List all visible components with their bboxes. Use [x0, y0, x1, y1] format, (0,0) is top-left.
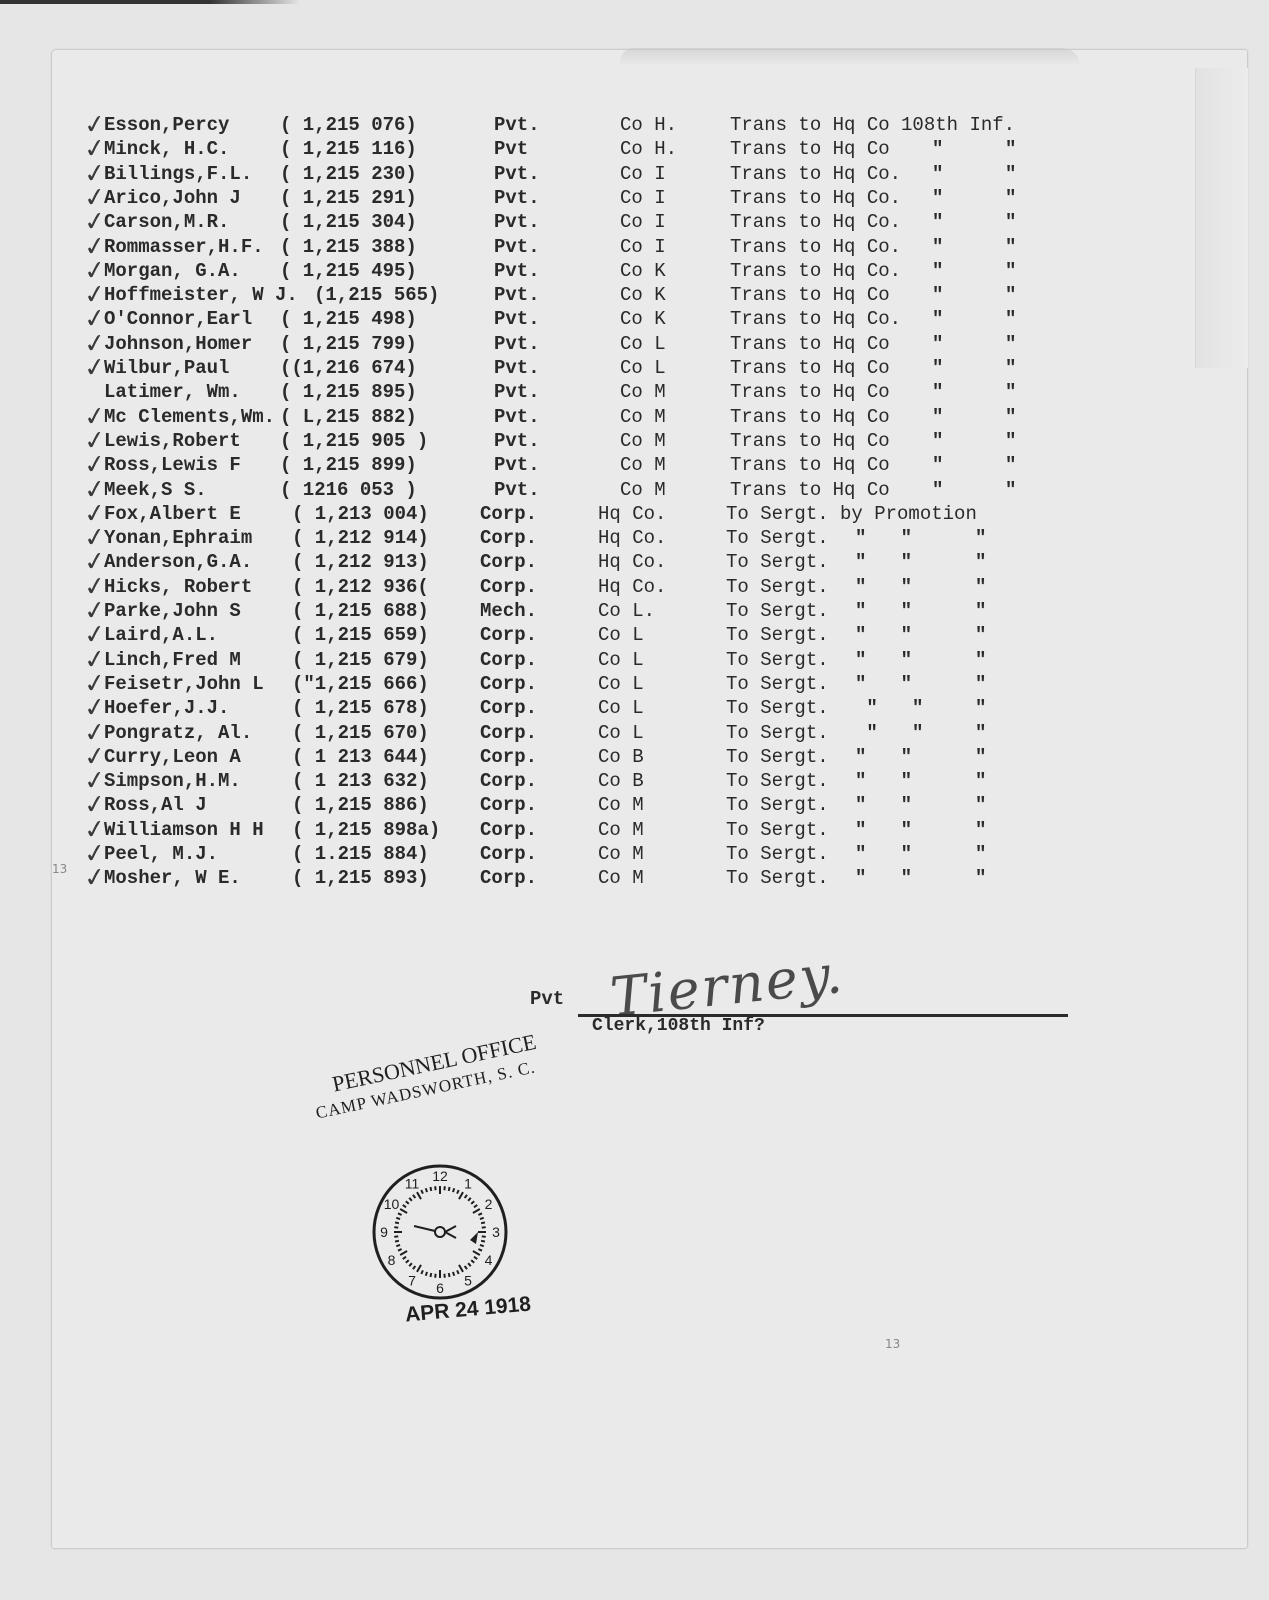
svg-text:10: 10	[384, 1196, 400, 1212]
serial-number-cell: ( 1,215 898a)	[292, 818, 440, 842]
name-cell: O'Connor,Earl	[104, 307, 252, 331]
page-fold	[620, 48, 1080, 66]
table-row: Pongratz, Al.( 1,215 670)Corp.Co LTo Ser…	[0, 721, 1269, 745]
rank-cell: Corp.	[480, 866, 537, 890]
serial-number-cell: ( 1,215 799)	[280, 332, 417, 356]
action-cell: To Sergt.	[726, 769, 829, 793]
name-cell: Feisetr,John L	[104, 672, 264, 696]
name-cell: Rommasser,H.F.	[104, 235, 264, 259]
ditto-mark: "	[932, 405, 943, 429]
company-cell: Co B	[598, 769, 644, 793]
rank-cell: Corp.	[480, 502, 537, 526]
rank-cell: Corp.	[480, 721, 537, 745]
table-row: Peel, M.J.( 1.215 884)Corp.Co MTo Sergt.…	[0, 842, 1269, 866]
rank-cell: Pvt.	[494, 210, 540, 234]
rank-cell: Pvt.	[494, 332, 540, 356]
company-cell: Co M	[620, 429, 666, 453]
name-cell: Esson,Percy	[104, 113, 229, 137]
ditto-mark: "	[1005, 162, 1016, 186]
company-cell: Co L	[620, 356, 666, 380]
action-cell: Trans to Hq Co.	[730, 162, 901, 186]
company-cell: Co L	[620, 332, 666, 356]
action-cell: Trans to Hq Co	[730, 332, 890, 356]
scan-edge	[0, 0, 300, 4]
svg-text:6: 6	[436, 1280, 444, 1296]
action-cell: To Sergt.	[726, 793, 829, 817]
personnel-office-stamp: PERSONNEL OFFICE CAMP WADSWORTH, S. C. 1…	[300, 1070, 560, 1330]
rank-cell: Pvt	[494, 137, 528, 161]
ditto-mark: " "	[855, 866, 912, 890]
company-cell: Co L.	[598, 599, 655, 623]
table-row: Latimer, Wm.( 1,215 895)Pvt.Co MTrans to…	[0, 380, 1269, 404]
serial-number-cell: ( 1,215 688)	[292, 599, 429, 623]
name-cell: Hoffmeister, W J.	[104, 283, 298, 307]
table-row: Mosher, W E.( 1,215 893)Corp.Co MTo Serg…	[0, 866, 1269, 890]
ditto-mark: " "	[855, 623, 912, 647]
serial-number-cell: ( 1,215 886)	[292, 793, 429, 817]
name-cell: Johnson,Homer	[104, 332, 252, 356]
svg-text:2: 2	[485, 1196, 493, 1212]
name-cell: Anderson,G.A.	[104, 550, 252, 574]
ditto-mark: "	[932, 162, 943, 186]
rank-cell: Pvt.	[494, 380, 540, 404]
name-cell: Laird,A.L.	[104, 623, 218, 647]
name-cell: Meek,S S.	[104, 478, 207, 502]
company-cell: Co M	[620, 478, 666, 502]
rank-cell: Corp.	[480, 793, 537, 817]
name-cell: Minck, H.C.	[104, 137, 229, 161]
serial-number-cell: ( 1 213 632)	[292, 769, 429, 793]
serial-number-cell: ( 1,212 913)	[292, 550, 429, 574]
ditto-mark: "	[1005, 186, 1016, 210]
serial-number-cell: ((1,216 674)	[280, 356, 417, 380]
rank-cell: Corp.	[480, 526, 537, 550]
name-cell: Fox,Albert E	[104, 502, 241, 526]
signature-rank: Pvt	[530, 988, 564, 1010]
table-row: Ross,Al J( 1,215 886)Corp.Co MTo Sergt."…	[0, 793, 1269, 817]
ditto-mark: "	[932, 332, 943, 356]
action-cell: Trans to Hq Co.	[730, 307, 901, 331]
serial-number-cell: ( 1.215 884)	[292, 842, 429, 866]
action-cell: Trans to Hq Co.	[730, 210, 901, 234]
rank-cell: Pvt.	[494, 429, 540, 453]
ditto-mark: " "	[855, 793, 912, 817]
svg-text:12: 12	[432, 1168, 448, 1184]
name-cell: Mosher, W E.	[104, 866, 241, 890]
serial-number-cell: ( 1,215 678)	[292, 696, 429, 720]
ditto-mark: "	[932, 283, 943, 307]
company-cell: Co M	[620, 380, 666, 404]
action-cell: To Sergt.	[726, 745, 829, 769]
action-cell: Trans to Hq Co.	[730, 235, 901, 259]
company-cell: Co H.	[620, 137, 677, 161]
table-row: Williamson H H( 1,215 898a)Corp.Co MTo S…	[0, 818, 1269, 842]
ditto-mark: "	[975, 526, 986, 550]
ditto-mark: "	[1005, 235, 1016, 259]
serial-number-cell: ( 1,215 304)	[280, 210, 417, 234]
rank-cell: Corp.	[480, 769, 537, 793]
table-row: Carson,M.R.( 1,215 304)Pvt.Co ITrans to …	[0, 210, 1269, 234]
company-cell: Co K	[620, 259, 666, 283]
ditto-mark: "	[1005, 356, 1016, 380]
table-row: Wilbur,Paul((1,216 674)Pvt.Co LTrans to …	[0, 356, 1269, 380]
ditto-mark: "	[975, 648, 986, 672]
table-row: Parke,John S( 1,215 688)Mech.Co L.To Ser…	[0, 599, 1269, 623]
checkmark-icon: ✓	[82, 865, 107, 892]
table-row: Johnson,Homer( 1,215 799)Pvt.Co LTrans t…	[0, 332, 1269, 356]
svg-text:7: 7	[408, 1272, 416, 1288]
company-cell: Co L	[598, 623, 644, 647]
serial-number-cell: (1,215 565)	[314, 283, 439, 307]
table-row: Rommasser,H.F.( 1,215 388)Pvt.Co ITrans …	[0, 235, 1269, 259]
company-cell: Hq Co.	[598, 575, 666, 599]
ditto-mark: " "	[855, 648, 912, 672]
name-cell: Yonan,Ephraim	[104, 526, 252, 550]
ditto-mark: " "	[855, 721, 923, 745]
rank-cell: Pvt.	[494, 113, 540, 137]
serial-number-cell: ( 1,215 230)	[280, 162, 417, 186]
ditto-mark: "	[932, 478, 943, 502]
serial-number-cell: ( 1,215 498)	[280, 307, 417, 331]
company-cell: Co M	[620, 453, 666, 477]
ditto-mark: "	[975, 866, 986, 890]
ditto-mark: "	[932, 235, 943, 259]
action-cell: To Sergt.	[726, 818, 829, 842]
table-row: Laird,A.L.( 1,215 659)Corp.Co LTo Sergt.…	[0, 623, 1269, 647]
ditto-mark: "	[932, 356, 943, 380]
rank-cell: Pvt.	[494, 235, 540, 259]
ditto-mark: "	[1005, 210, 1016, 234]
rank-cell: Pvt.	[494, 478, 540, 502]
name-cell: Ross,Al J	[104, 793, 207, 817]
action-cell: Trans to Hq Co	[730, 356, 890, 380]
table-row: Lewis,Robert( 1,215 905 )Pvt.Co MTrans t…	[0, 429, 1269, 453]
ditto-mark: " "	[855, 526, 912, 550]
serial-number-cell: ( 1,215 291)	[280, 186, 417, 210]
rank-cell: Corp.	[480, 672, 537, 696]
ditto-mark: " "	[855, 696, 923, 720]
ditto-mark: " "	[855, 745, 912, 769]
svg-text:8: 8	[388, 1252, 396, 1268]
signature-title: Clerk,108th Inf?	[592, 1016, 765, 1036]
serial-number-cell: ( 1,212 914)	[292, 526, 429, 550]
table-row: Hicks, Robert( 1,212 936(Corp.Hq Co.To S…	[0, 575, 1269, 599]
ditto-mark: "	[932, 210, 943, 234]
checkmark-icon: ✓	[82, 355, 107, 382]
ditto-mark: "	[975, 721, 986, 745]
table-row: Morgan, G.A.( 1,215 495)Pvt.Co KTrans to…	[0, 259, 1269, 283]
action-cell: Trans to Hq Co.	[730, 186, 901, 210]
ditto-mark: "	[975, 672, 986, 696]
name-cell: Curry,Leon A	[104, 745, 241, 769]
ditto-mark: "	[1005, 307, 1016, 331]
action-cell: To Sergt.	[726, 721, 829, 745]
ditto-mark: "	[975, 623, 986, 647]
ditto-mark: " "	[855, 842, 912, 866]
ditto-mark: "	[975, 769, 986, 793]
serial-number-cell: ( 1,215 679)	[292, 648, 429, 672]
ditto-mark: " "	[855, 550, 912, 574]
ditto-mark: "	[1005, 478, 1016, 502]
table-row: O'Connor,Earl( 1,215 498)Pvt.Co KTrans t…	[0, 307, 1269, 331]
action-cell: To Sergt.	[726, 866, 829, 890]
ditto-mark: "	[1005, 332, 1016, 356]
table-row: Esson,Percy( 1,215 076)Pvt.Co H.Trans to…	[0, 113, 1269, 137]
company-cell: Co L	[598, 721, 644, 745]
serial-number-cell: ( 1,215 670)	[292, 721, 429, 745]
company-cell: Co I	[620, 235, 666, 259]
serial-number-cell: ( 1,215 905 )	[280, 429, 428, 453]
serial-number-cell: ( 1,212 936(	[292, 575, 429, 599]
company-cell: Co M	[620, 405, 666, 429]
action-cell: To Sergt.	[726, 526, 829, 550]
action-cell: Trans to Hq Co 108th Inf.	[730, 113, 1015, 137]
svg-text:4: 4	[485, 1252, 493, 1268]
action-cell: Trans to Hq Co	[730, 405, 890, 429]
table-row: Curry,Leon A( 1 213 644)Corp.Co BTo Serg…	[0, 745, 1269, 769]
ditto-mark: "	[975, 842, 986, 866]
serial-number-cell: ( 1216 053 )	[280, 478, 417, 502]
svg-text:11: 11	[405, 1176, 420, 1192]
serial-number-cell: ("1,215 666)	[292, 672, 429, 696]
action-cell: To Sergt.	[726, 696, 829, 720]
action-cell: Trans to Hq Co	[730, 453, 890, 477]
name-cell: Carson,M.R.	[104, 210, 229, 234]
serial-number-cell: ( 1,215 899)	[280, 453, 417, 477]
ditto-mark: "	[975, 793, 986, 817]
action-cell: To Sergt.	[726, 599, 829, 623]
action-cell: Trans to Hq Co	[730, 283, 890, 307]
name-cell: Latimer, Wm.	[104, 380, 241, 404]
rank-cell: Corp.	[480, 842, 537, 866]
company-cell: Co I	[620, 186, 666, 210]
name-cell: Billings,F.L.	[104, 162, 252, 186]
rank-cell: Pvt.	[494, 162, 540, 186]
action-cell: Trans to Hq Co	[730, 478, 890, 502]
action-cell: Trans to Hq Co	[730, 380, 890, 404]
company-cell: Hq Co.	[598, 526, 666, 550]
table-row: Minck, H.C.( 1,215 116)PvtCo H.Trans to …	[0, 137, 1269, 161]
company-cell: Co I	[620, 162, 666, 186]
ditto-mark: "	[975, 599, 986, 623]
name-cell: Morgan, G.A.	[104, 259, 241, 283]
rank-cell: Corp.	[480, 623, 537, 647]
ditto-mark: "	[932, 380, 943, 404]
action-cell: To Sergt.	[726, 575, 829, 599]
ditto-mark: "	[1005, 259, 1016, 283]
rank-cell: Pvt.	[494, 307, 540, 331]
serial-number-cell: ( 1,213 004)	[292, 502, 429, 526]
name-cell: Pongratz, Al.	[104, 721, 252, 745]
action-cell: Trans to Hq Co	[730, 137, 890, 161]
name-cell: Lewis,Robert	[104, 429, 241, 453]
table-row: Mc Clements,Wm.( L,215 882)Pvt.Co MTrans…	[0, 405, 1269, 429]
serial-number-cell: ( 1,215 893)	[292, 866, 429, 890]
company-cell: Co L	[598, 648, 644, 672]
ditto-mark: "	[1005, 137, 1016, 161]
table-row: Billings,F.L.( 1,215 230)Pvt.Co ITrans t…	[0, 162, 1269, 186]
action-cell: To Sergt.	[726, 672, 829, 696]
rank-cell: Corp.	[480, 575, 537, 599]
table-row: Arico,John J( 1,215 291)Pvt.Co ITrans to…	[0, 186, 1269, 210]
clock-stamp-icon: 121234567891011	[370, 1162, 510, 1302]
name-cell: Mc Clements,Wm.	[104, 405, 275, 429]
ditto-mark: "	[1005, 453, 1016, 477]
table-row: Fox,Albert E( 1,213 004)Corp.Hq Co.To Se…	[0, 502, 1269, 526]
company-cell: Co M	[598, 793, 644, 817]
rank-cell: Pvt.	[494, 259, 540, 283]
name-cell: Linch,Fred M	[104, 648, 241, 672]
ditto-mark: "	[1005, 380, 1016, 404]
ditto-mark: "	[975, 550, 986, 574]
table-row: Ross,Lewis F( 1,215 899)Pvt.Co MTrans to…	[0, 453, 1269, 477]
company-cell: Co M	[598, 818, 644, 842]
company-cell: Co M	[598, 842, 644, 866]
table-row: Yonan,Ephraim( 1,212 914)Corp.Hq Co.To S…	[0, 526, 1269, 550]
table-row: Simpson,H.M.( 1 213 632)Corp.Co BTo Serg…	[0, 769, 1269, 793]
rank-cell: Corp.	[480, 696, 537, 720]
ditto-mark: " "	[855, 818, 912, 842]
serial-number-cell: ( L,215 882)	[280, 405, 417, 429]
ditto-mark: " "	[855, 672, 912, 696]
company-cell: Co H.	[620, 113, 677, 137]
ditto-mark: "	[975, 818, 986, 842]
company-cell: Co L	[598, 696, 644, 720]
name-cell: Simpson,H.M.	[104, 769, 241, 793]
rank-cell: Corp.	[480, 648, 537, 672]
page-mark: 13	[885, 1337, 900, 1351]
ditto-mark: "	[932, 137, 943, 161]
company-cell: Co B	[598, 745, 644, 769]
table-row: Meek,S S.( 1216 053 )Pvt.Co MTrans to Hq…	[0, 478, 1269, 502]
action-cell: Trans to Hq Co	[730, 429, 890, 453]
ditto-mark: "	[932, 186, 943, 210]
rank-cell: Pvt.	[494, 453, 540, 477]
serial-number-cell: ( 1 213 644)	[292, 745, 429, 769]
rank-cell: Mech.	[480, 599, 537, 623]
name-cell: Parke,John S	[104, 599, 241, 623]
rank-cell: Corp.	[480, 550, 537, 574]
name-cell: Wilbur,Paul	[104, 356, 229, 380]
serial-number-cell: ( 1,215 495)	[280, 259, 417, 283]
ditto-mark: "	[932, 259, 943, 283]
company-cell: Hq Co.	[598, 550, 666, 574]
action-cell: To Sergt.	[726, 550, 829, 574]
serial-number-cell: ( 1,215 076)	[280, 113, 417, 137]
svg-text:5: 5	[464, 1272, 472, 1288]
ditto-mark: "	[932, 429, 943, 453]
serial-number-cell: ( 1,215 895)	[280, 380, 417, 404]
action-cell: Trans to Hq Co.	[730, 259, 901, 283]
margin-mark: 13	[52, 862, 67, 876]
signature-block: Pvt Tierney. Clerk,108th Inf?	[530, 960, 1070, 1080]
ditto-mark: "	[975, 696, 986, 720]
name-cell: Peel, M.J.	[104, 842, 218, 866]
name-cell: Williamson H H	[104, 818, 264, 842]
ditto-mark: "	[1005, 429, 1016, 453]
name-cell: Hoefer,J.J.	[104, 696, 229, 720]
action-cell: To Sergt. by Promotion	[726, 502, 977, 526]
action-cell: To Sergt.	[726, 842, 829, 866]
company-cell: Co K	[620, 283, 666, 307]
svg-text:9: 9	[380, 1224, 388, 1240]
rank-cell: Pvt.	[494, 186, 540, 210]
serial-number-cell: ( 1,215 659)	[292, 623, 429, 647]
serial-number-cell: ( 1,215 116)	[280, 137, 417, 161]
company-cell: Hq Co.	[598, 502, 666, 526]
name-cell: Hicks, Robert	[104, 575, 252, 599]
rank-cell: Corp.	[480, 818, 537, 842]
ditto-mark: "	[975, 745, 986, 769]
rank-cell: Pvt.	[494, 405, 540, 429]
ditto-mark: "	[1005, 283, 1016, 307]
company-cell: Co K	[620, 307, 666, 331]
name-cell: Arico,John J	[104, 186, 241, 210]
table-row: Hoefer,J.J.( 1,215 678)Corp.Co LTo Sergt…	[0, 696, 1269, 720]
table-row: Anderson,G.A.( 1,212 913)Corp.Hq Co.To S…	[0, 550, 1269, 574]
rank-cell: Corp.	[480, 745, 537, 769]
ditto-mark: " "	[855, 599, 912, 623]
ditto-mark: "	[975, 575, 986, 599]
action-cell: To Sergt.	[726, 623, 829, 647]
ditto-mark: "	[932, 453, 943, 477]
ditto-mark: " "	[855, 769, 912, 793]
action-cell: To Sergt.	[726, 648, 829, 672]
svg-text:3: 3	[492, 1224, 500, 1240]
company-cell: Co M	[598, 866, 644, 890]
ditto-mark: "	[932, 307, 943, 331]
rank-cell: Pvt.	[494, 283, 540, 307]
company-cell: Co L	[598, 672, 644, 696]
ditto-mark: "	[1005, 405, 1016, 429]
rank-cell: Pvt.	[494, 356, 540, 380]
name-cell: Ross,Lewis F	[104, 453, 241, 477]
table-row: Linch,Fred M( 1,215 679)Corp.Co LTo Serg…	[0, 648, 1269, 672]
company-cell: Co I	[620, 210, 666, 234]
table-row: Hoffmeister, W J.(1,215 565)Pvt.Co KTran…	[0, 283, 1269, 307]
svg-text:1: 1	[464, 1176, 472, 1192]
serial-number-cell: ( 1,215 388)	[280, 235, 417, 259]
table-row: Feisetr,John L("1,215 666)Corp.Co LTo Se…	[0, 672, 1269, 696]
ditto-mark: " "	[855, 575, 912, 599]
